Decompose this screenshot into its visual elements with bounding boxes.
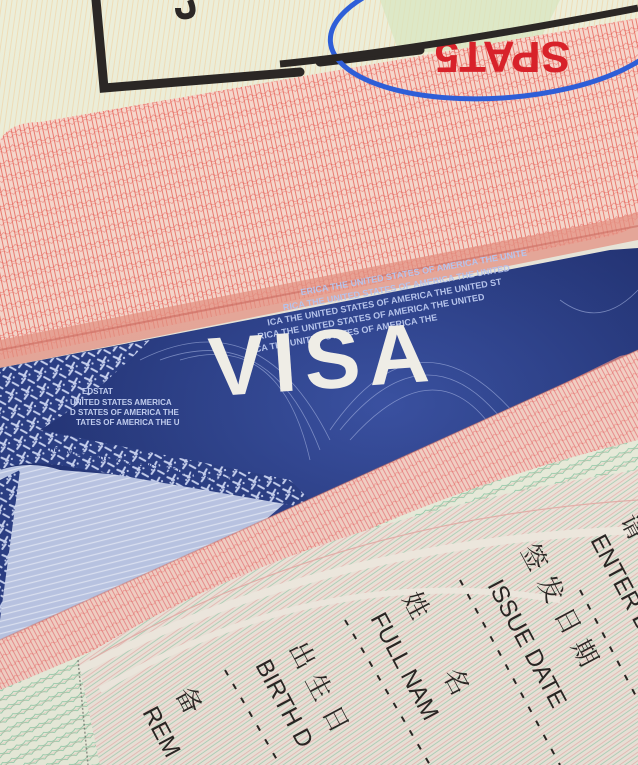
passport-visa-photo: SPAT5 ERICA THE UNITED STATES OF AMERICA… (0, 0, 638, 765)
